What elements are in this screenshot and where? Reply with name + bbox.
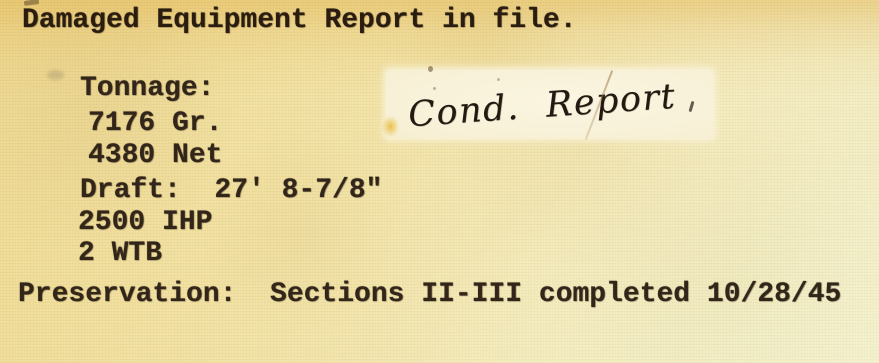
index-card-scan: Damaged Equipment Report in file. Tonnag… xyxy=(0,0,879,363)
paper-speck xyxy=(428,66,433,72)
preservation-line: Preservation: Sections II-III completed … xyxy=(18,281,841,309)
paper-speck xyxy=(433,87,436,90)
wtb-line: 2 WTB xyxy=(78,240,162,268)
report-heading: Damaged Equipment Report in file. xyxy=(22,7,577,35)
tonnage-gross-value: 7176 Gr. xyxy=(88,110,222,138)
draft-line: Draft: 27' 8-7/8" xyxy=(80,177,382,205)
ihp-line: 2500 IHP xyxy=(78,209,212,237)
tonnage-label: Tonnage: xyxy=(80,75,214,103)
yellow-stain xyxy=(382,116,399,137)
tonnage-net-value: 4380 Net xyxy=(88,142,222,170)
paper-smudge xyxy=(47,70,64,80)
paper-speck xyxy=(497,78,500,81)
